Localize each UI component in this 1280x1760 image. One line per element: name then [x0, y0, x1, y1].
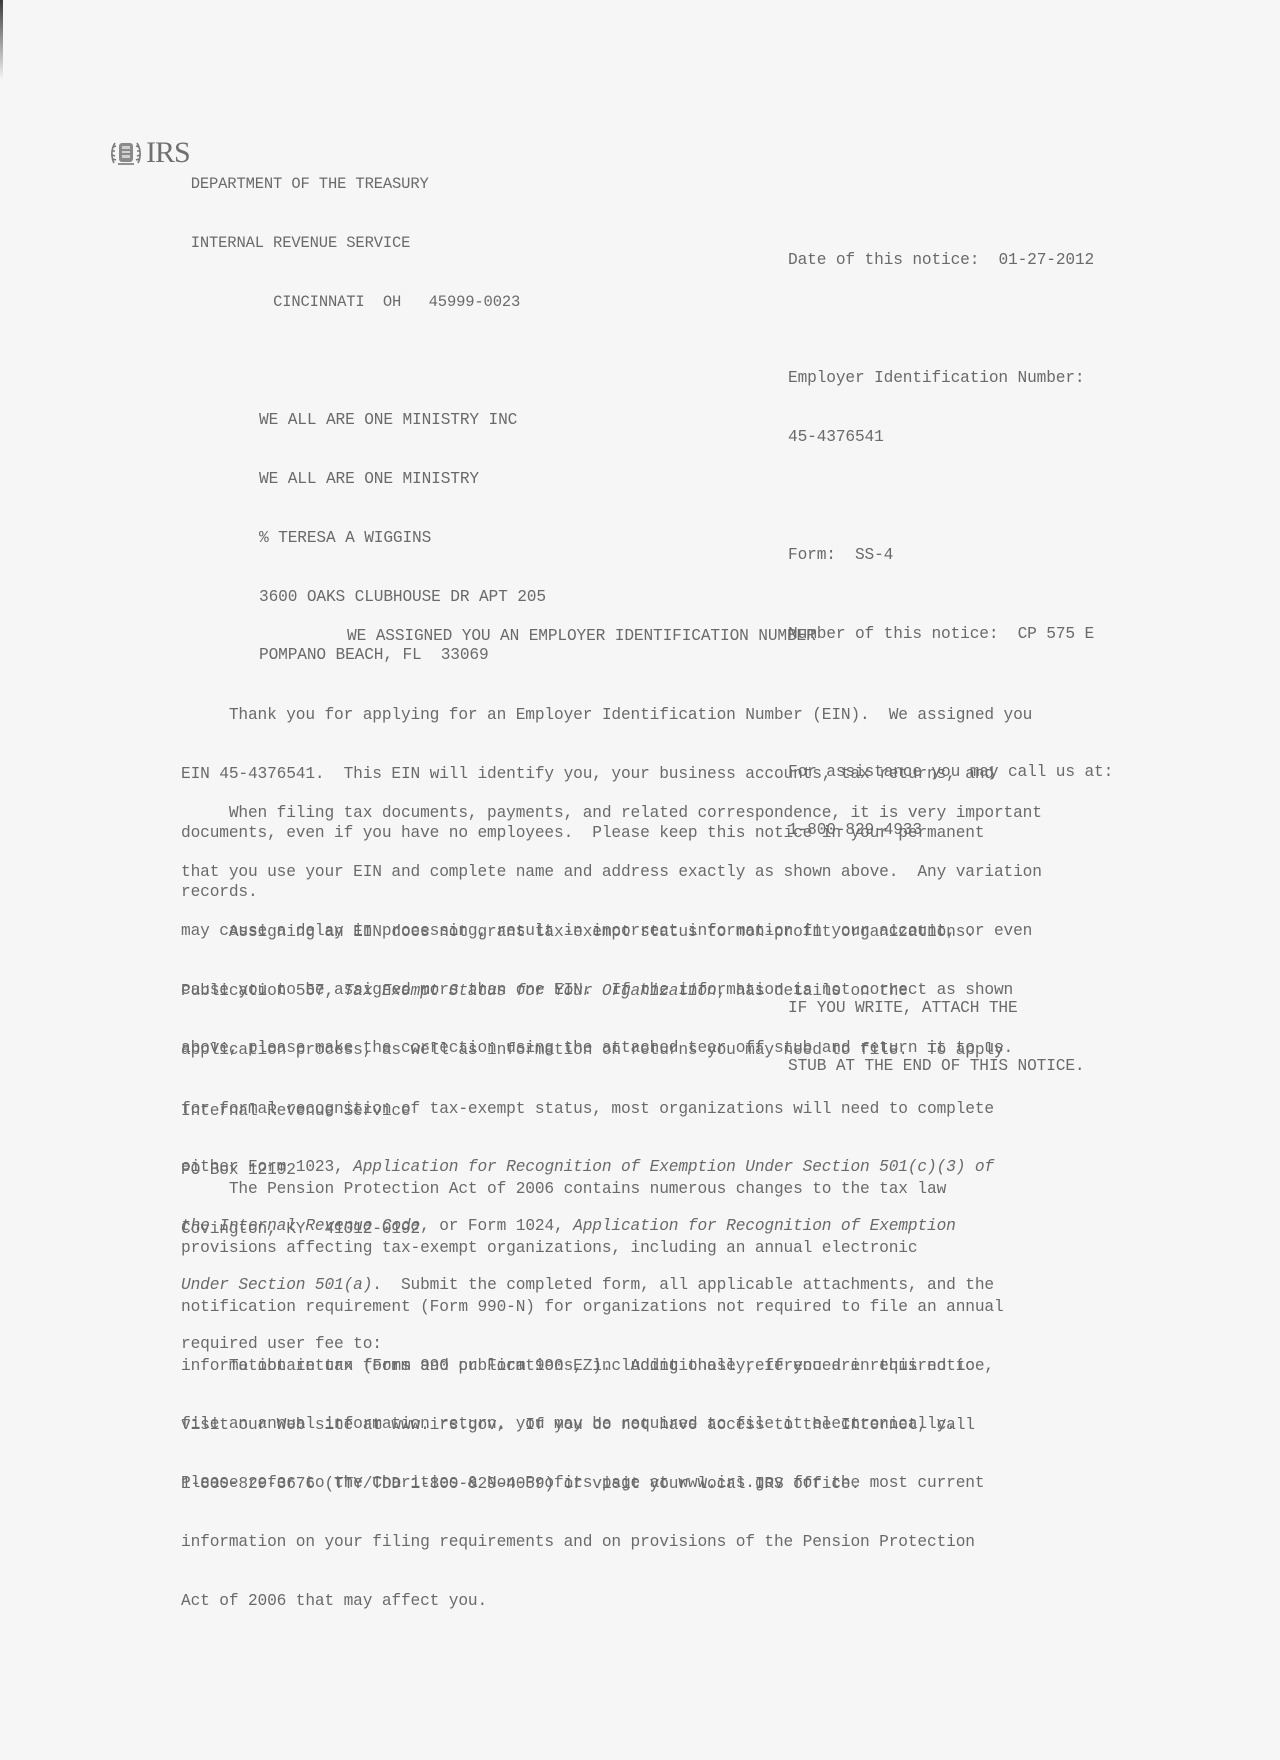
notice-number: Number of this notice: CP 575 E [788, 625, 1113, 645]
paragraph-line: To obtain tax forms and publications, in… [181, 1357, 994, 1377]
notice-date: Date of this notice: 01-27-2012 [788, 251, 1113, 271]
paragraph-line: Publication 557, Tax Exempt Status for Y… [181, 982, 1004, 1002]
city-line-text: CINCINNATI OH 45999-0023 [273, 293, 520, 311]
paragraph-line: application process, as well as informat… [181, 1041, 1004, 1061]
irs-department-address: DEPARTMENT OF THE TREASURY INTERNAL REVE… [191, 136, 520, 351]
paragraph-line: When filing tax documents, payments, and… [181, 804, 1042, 824]
notice-date-label: Date of this notice: [788, 251, 979, 269]
ein-label: Employer Identification Number: [788, 369, 1113, 389]
paragraph-line: 1-800-829-3676 (TTY/TDD 1-800-829-4059) … [181, 1475, 994, 1495]
notice-title: WE ASSIGNED YOU AN EMPLOYER IDENTIFICATI… [347, 627, 816, 647]
paragraph-line: information on your filing requirements … [181, 1533, 1004, 1553]
paragraph-line: that you use your EIN and complete name … [181, 863, 1042, 883]
ein-block: Employer Identification Number: 45-43765… [788, 330, 1113, 487]
recipient-line: % TERESA A WIGGINS [259, 529, 546, 549]
service-line: INTERNAL REVENUE SERVICE [191, 234, 520, 254]
recipient-line: WE ALL ARE ONE MINISTRY [259, 470, 546, 490]
text: , has details on the [717, 982, 908, 1000]
paragraph-line: The Pension Protection Act of 2006 conta… [181, 1180, 1004, 1200]
letterhead: IRS DEPARTMENT OF THE TREASURY INTERNAL … [110, 134, 520, 351]
recipient-line: WE ALL ARE ONE MINISTRY INC [259, 411, 546, 431]
recipient-line: POMPANO BEACH, FL 33069 [259, 646, 546, 666]
form-info: Form: SS-4 [788, 546, 1113, 566]
ein-value: 45-4376541 [788, 428, 1113, 448]
recipient-line: 3600 OAKS CLUBHOUSE DR APT 205 [259, 588, 546, 608]
notice-number-value: CP 575 E [1018, 625, 1095, 643]
address-line: Internal Revenue Service [181, 1102, 420, 1122]
form-value: SS-4 [855, 546, 893, 564]
notice-date-value: 01-27-2012 [998, 251, 1094, 269]
paragraph-line: provisions affecting tax-exempt organiza… [181, 1239, 1004, 1259]
paragraph-line: notification requirement (Form 990-N) fo… [181, 1298, 1004, 1318]
paragraph-line: Thank you for applying for an Employer I… [181, 706, 1032, 726]
paragraph-line: Assigning an EIN does not grant tax-exem… [181, 923, 1004, 943]
paragraph-tax-forms: To obtain tax forms and publications, in… [181, 1318, 994, 1514]
paragraph-line: visit our Web site at www.irs.gov. If yo… [181, 1416, 994, 1436]
irs-wordmark: IRS [146, 138, 190, 168]
text: Publication 557, [181, 982, 344, 1000]
page-edge-shadow [0, 0, 3, 80]
publication-title: Tax Exempt Status for Your Organization [344, 982, 717, 1000]
form-label: Form: [788, 546, 836, 564]
paragraph-line: Act of 2006 that may affect you. [181, 1592, 1004, 1612]
department-line: DEPARTMENT OF THE TREASURY [191, 175, 520, 195]
irs-eagle-seal-icon [110, 139, 142, 167]
notice-number-label: Number of this notice: [788, 625, 998, 643]
city-line: CINCINNATI OH 45999-0023 [191, 293, 520, 313]
